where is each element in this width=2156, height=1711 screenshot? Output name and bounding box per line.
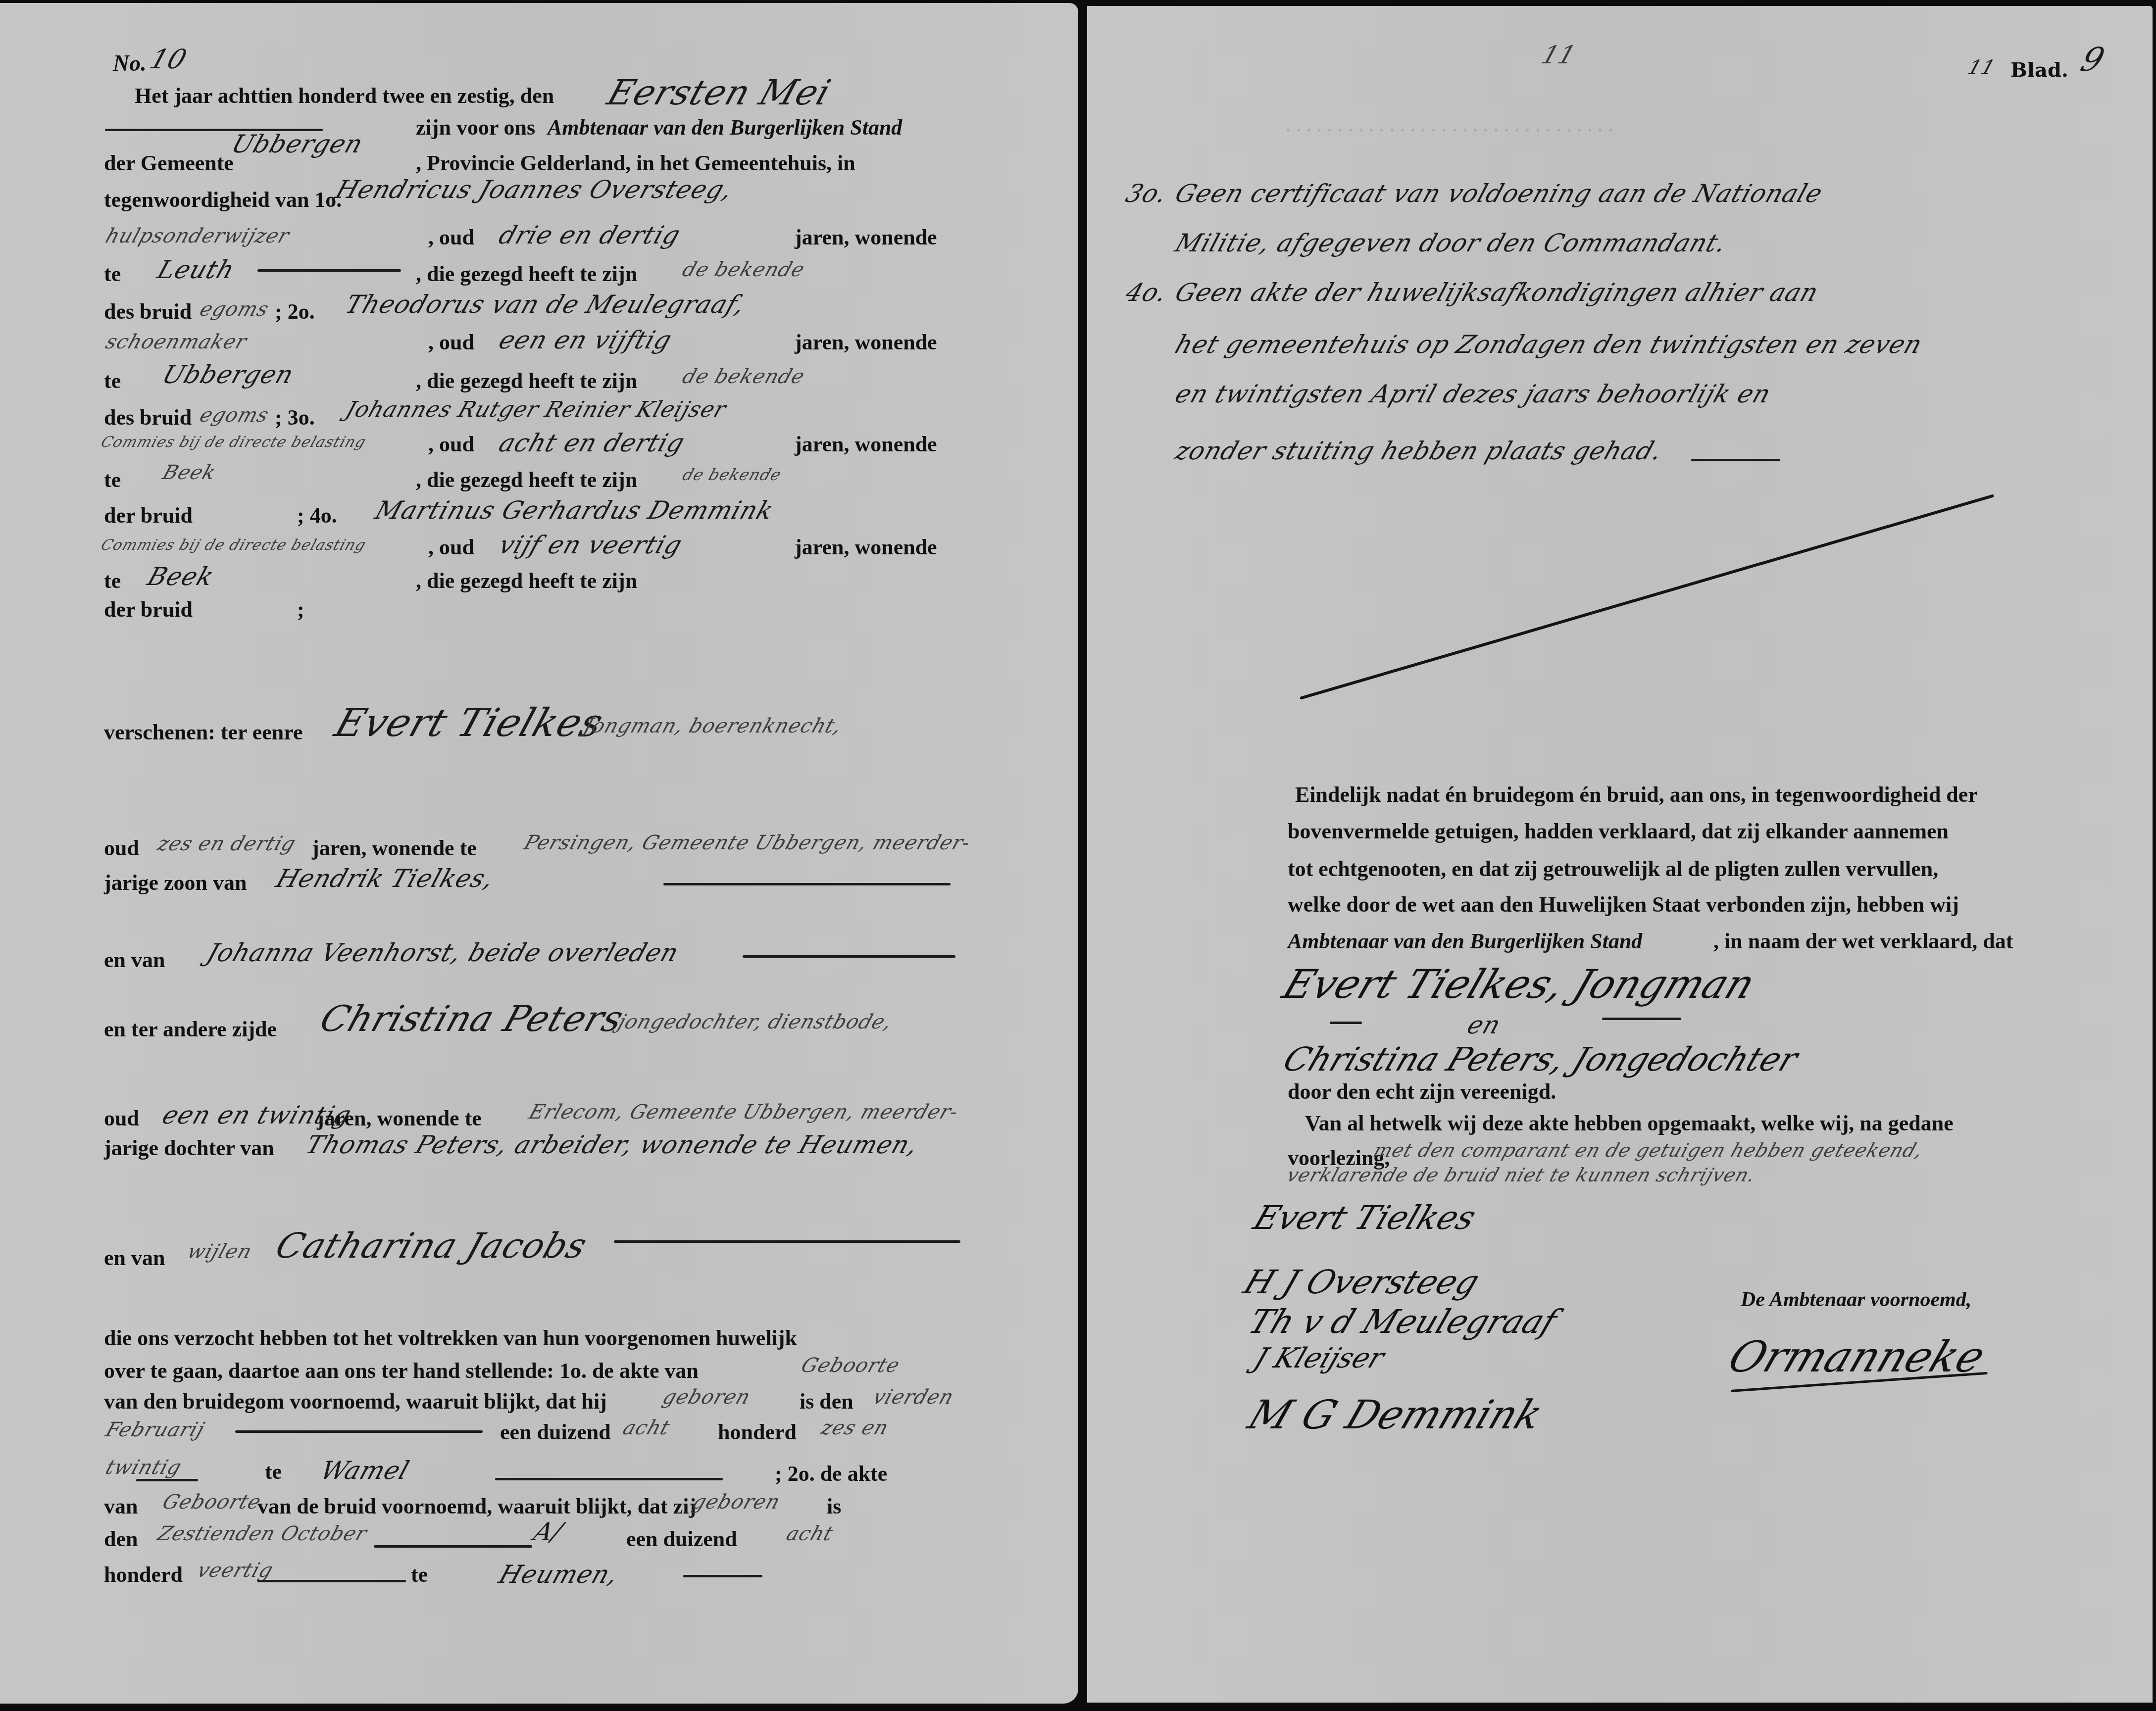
printed-label: jaren, wonende: [795, 535, 937, 560]
fill-rule: [495, 1478, 723, 1480]
printed-label: is den: [800, 1389, 853, 1414]
groom-birth-year-a: zes en: [818, 1417, 892, 1439]
witness-1-relation: de bekende: [680, 258, 808, 281]
groom-father: Hendrik Tielkes,: [273, 864, 498, 893]
witness-3-name: Johannes Rutger Reinier Kleijser: [343, 397, 730, 422]
bride-birthplace: Heumen,: [496, 1560, 622, 1589]
printed-label: ;: [297, 597, 304, 622]
printed-line: , die gezegd heeft te zijn: [416, 261, 637, 287]
bride-birth-date: Zestienden October: [155, 1522, 370, 1545]
bride-birth-century: acht: [784, 1522, 837, 1545]
printed-label: den: [104, 1526, 138, 1552]
record-number: 10: [146, 44, 191, 75]
witness-4-occupation: Commies bij de directe belasting: [99, 537, 368, 554]
witness-1-age: drie en dertig: [496, 221, 685, 249]
witness-4-name: Martinus Gerhardus Demmink: [372, 496, 778, 525]
annotation-text: het gemeentehuis op Zondagen den twintig…: [1172, 330, 1926, 359]
witness-2-residence: Ubbergen: [159, 360, 298, 389]
fill-rule: [1330, 1022, 1362, 1024]
groom-name: Evert Tielkes: [329, 701, 608, 745]
bride-birth-year: veertig: [195, 1559, 276, 1582]
fill-rule: [683, 1575, 762, 1577]
printed-label: ; 4o.: [297, 503, 337, 528]
printed-label: oud: [104, 1106, 139, 1131]
united-line: door den echt zijn vereenigd.: [1288, 1079, 1556, 1104]
annotation-text: Militie, afgegeven door den Commandant.: [1172, 229, 1731, 257]
printed-label: , oud: [428, 535, 474, 560]
strikeout-line: [1300, 494, 1994, 700]
witness-4-age: vijf en veertig: [496, 531, 686, 559]
official-title: Ambtenaar van den Burgerlijken Stand: [548, 115, 902, 140]
printed-label: te: [104, 368, 121, 393]
groom-birth-month: Februarij: [103, 1418, 208, 1441]
signature-groom: Evert Tielkes: [1249, 1199, 1481, 1237]
printed-label: honderd: [718, 1419, 797, 1445]
fill-rule: [374, 1545, 532, 1548]
groom-birth-century: acht: [620, 1417, 673, 1439]
final-line: Van al hetwelk wij deze akte hebben opge…: [1305, 1111, 1954, 1136]
mother-prefix: wijlen: [185, 1240, 255, 1263]
record-number-label: No.: [113, 50, 147, 76]
witness-2-relation: de bekende: [680, 365, 808, 388]
fill-rule: [1691, 459, 1780, 461]
printed-line: zijn voor ons: [416, 115, 535, 140]
municipality-handwritten: Ubbergen: [228, 130, 367, 158]
printed-label: is: [827, 1494, 841, 1519]
printed-line: van den bruidegom voornoemd, waaruit bli…: [104, 1389, 607, 1414]
printed-line: Het jaar achttien honderd twee en zestig…: [135, 83, 554, 108]
bride-mother: Catharina Jacobs: [271, 1225, 593, 1266]
printed-label: te: [104, 467, 121, 492]
declaration-line: welke door de wet aan den Huwelijken Sta…: [1288, 892, 1959, 917]
witness-1-residence: Leuth: [154, 255, 239, 284]
witness-3-occupation: Commies bij de directe belasting: [99, 434, 368, 451]
signature-witness-2: Th v d Meulegraaf: [1244, 1303, 1562, 1341]
groom-birthplace: Wamel: [317, 1456, 413, 1485]
declared-bride: Christina Peters, Jongedochter: [1278, 1040, 1803, 1078]
annotation-number: 3o.: [1122, 179, 1171, 208]
printed-label: , oud: [428, 330, 474, 355]
printed-label: tegenwoordigheid van 1o.: [104, 187, 342, 212]
printed-label: ; 3o.: [275, 405, 315, 430]
official-title: Ambtenaar van den Burgerlijken Stand: [1288, 929, 1642, 954]
declaration-line: bovenvermelde getuigen, hadden verklaard…: [1288, 819, 1949, 844]
left-page: No. 10 Het jaar achttien honderd twee en…: [0, 3, 1078, 1704]
witness-1-occupation: hulpsonderwijzer: [103, 225, 293, 247]
date-handwritten: Eersten Mei: [602, 72, 836, 113]
groom-birth-word: geboren: [660, 1386, 753, 1409]
relation-suffix: egoms: [197, 298, 272, 321]
folio-number: 9: [2076, 41, 2109, 79]
printed-label: en van: [104, 947, 165, 973]
printed-label: , oud: [428, 432, 474, 457]
printed-label: van: [104, 1494, 138, 1519]
printed-label: ; 2o.: [275, 299, 315, 324]
printed-label: ; 2o. de akte: [775, 1461, 887, 1486]
declaration-line: Eindelijk nadat én bruidegom én bruid, a…: [1295, 782, 1978, 807]
printed-line: , die gezegd heeft te zijn: [416, 568, 637, 593]
annotation-text: Geen akte der huwelijksafkondigingen alh…: [1172, 278, 1822, 307]
signature-witness-3: J Kleijser: [1250, 1342, 1389, 1374]
closing-line: die ons verzocht hebben tot het voltrekk…: [104, 1325, 797, 1351]
printed-label: te: [104, 568, 121, 593]
fill-rule: [136, 1479, 198, 1481]
witness-3-relation: de bekende: [680, 465, 784, 484]
annotation-number: 4o.: [1122, 278, 1171, 307]
printed-line: , Provincie Gelderland, in het Gemeenteh…: [416, 150, 855, 176]
printed-label: jarige dochter van: [104, 1135, 274, 1161]
groom-birth-day: vierden: [870, 1386, 957, 1409]
witness-1-name: Hendricus Joannes Oversteeg,: [332, 175, 737, 204]
printed-label: een duizend: [626, 1526, 737, 1552]
witness-3-age: acht en dertig: [496, 429, 689, 457]
annotation-text: Geen certificaat van voldoening aan de N…: [1172, 179, 1827, 208]
fill-rule: [614, 1240, 960, 1243]
closing-line: over te gaan, daartoe aan ons ter hand s…: [104, 1358, 699, 1383]
printed-label: der bruid: [104, 597, 193, 622]
printed-label: jaren, wonende: [795, 225, 937, 250]
witness-4-residence: Beek: [144, 562, 218, 591]
groom-occupation: Jongman, boerenknecht,: [581, 715, 845, 737]
signing-note: met den comparant en de getuigen hebben …: [1371, 1139, 1926, 1161]
folio-label: Blad.: [2010, 58, 2068, 82]
bride-name: Christina Peters: [315, 998, 629, 1039]
bride-birth-word: geboren: [690, 1491, 783, 1514]
printed-label: jaren, wonende: [795, 330, 937, 355]
printed-line: , die gezegd heeft te zijn: [416, 467, 637, 492]
printed-label: te: [411, 1562, 428, 1587]
signature-witness-4: M G Demmink: [1242, 1392, 1549, 1438]
groom-deed-type: Geboorte: [799, 1354, 903, 1377]
printed-label: honderd: [104, 1562, 183, 1587]
bride-occupation: jongedochter, dienstbode,: [615, 1011, 895, 1033]
printed-label: des bruid: [104, 405, 192, 430]
signature-witness-1: H J Oversteeg: [1239, 1263, 1485, 1301]
printed-label: jarige zoon van: [104, 870, 247, 895]
groom-residence: Persingen, Gemeente Ubbergen, meerder-: [521, 831, 974, 854]
relation-suffix: egoms: [197, 404, 272, 427]
declared-groom: Evert Tielkes, Jongman: [1277, 961, 1761, 1007]
folio-prefix: 11: [1965, 56, 1999, 79]
groom-age: zes en dertig: [155, 832, 299, 855]
printed-label: , oud: [428, 225, 474, 250]
declared-bride-prefix: en: [1464, 1011, 1505, 1039]
printed-label: jaren, wonende te: [317, 1106, 482, 1131]
bleed-through-text: · · · · · · · · · · · · · · · · · · · · …: [1285, 120, 1613, 141]
printed-label: een duizend: [500, 1419, 611, 1445]
printed-label: oud: [104, 835, 139, 861]
groom-label: verschenen: ter eenre: [104, 720, 303, 745]
declaration-line: , in naam der wet verklaard, dat: [1713, 929, 2013, 954]
declaration-line: tot echtgenooten, en dat zij getrouwelij…: [1288, 856, 1938, 881]
bride-father: Thomas Peters, arbeider, wonende te Heum…: [302, 1130, 922, 1159]
witness-2-occupation: schoenmaker: [103, 331, 250, 353]
fill-rule: [743, 955, 955, 958]
folio-handwritten: 11: [1538, 41, 1580, 69]
fill-rule: [1602, 1018, 1681, 1020]
printed-label: en van: [104, 1245, 165, 1271]
fill-rule: [663, 883, 951, 885]
printed-label: der Gemeente: [104, 150, 234, 176]
marginal-mark: A/: [530, 1517, 567, 1546]
fill-rule: [257, 269, 401, 272]
fill-rule: [257, 1580, 406, 1582]
witness-2-name: Theodorus van de Meulegraaf,: [342, 290, 749, 319]
printed-label: jaren, wonende: [795, 432, 937, 457]
printed-label: jaren, wonende te: [312, 835, 477, 861]
printed-line: van de bruid voornoemd, waaruit blijkt, …: [257, 1494, 696, 1519]
witness-3-residence: Beek: [160, 461, 219, 484]
annotation-text: en twintigsten April dezes jaars behoorl…: [1172, 380, 1775, 408]
printed-line: , die gezegd heeft te zijn: [416, 368, 637, 393]
signing-note: verklarende de bruid niet te kunnen schr…: [1284, 1164, 1758, 1186]
right-page: · · · · · · · · · · · · · · · · · · · · …: [1087, 6, 2153, 1703]
annotation-text: zonder stuiting hebben plaats gehad.: [1172, 437, 1666, 465]
printed-label: te: [265, 1459, 282, 1484]
groom-birth-year-b: twintig: [103, 1456, 185, 1479]
witness-2-age: een en vijftig: [496, 326, 676, 354]
bride-residence: Erlecom, Gemeente Ubbergen, meerder-: [526, 1101, 961, 1124]
bride-label: en ter andere zijde: [104, 1017, 277, 1042]
groom-mother: Johanna Veenhorst, beide overleden: [203, 938, 683, 967]
printed-label: te: [104, 261, 121, 287]
bride-deed-type: Geboorte: [160, 1491, 264, 1514]
printed-label: des bruid: [104, 299, 192, 324]
fill-rule: [235, 1430, 483, 1433]
official-label: De Ambtenaar voornoemd,: [1741, 1288, 1971, 1312]
printed-label: der bruid: [104, 503, 193, 528]
